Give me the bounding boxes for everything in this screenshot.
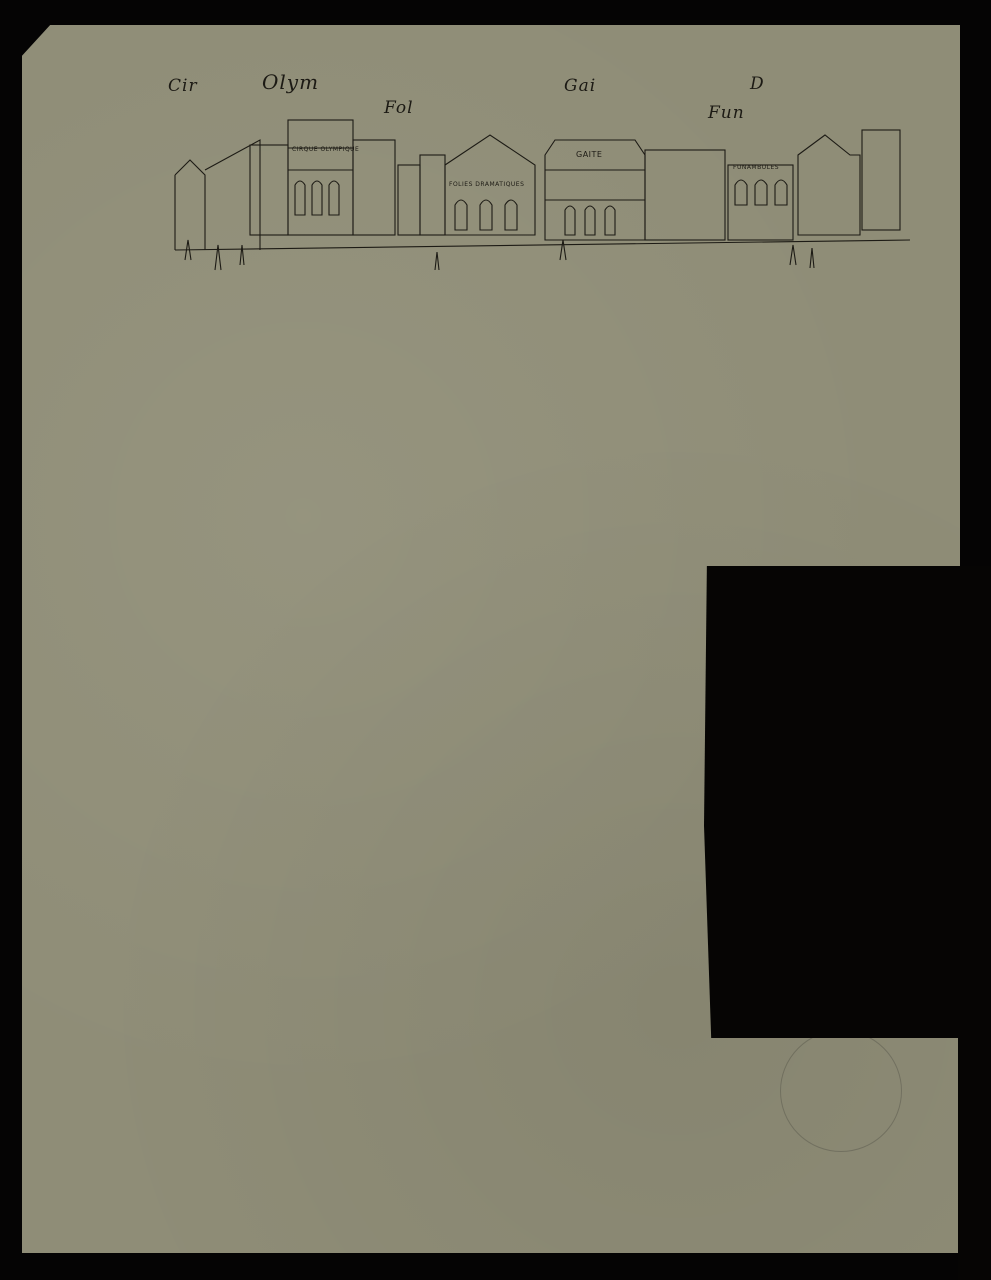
theatre-row-sketch xyxy=(170,110,910,290)
annotation-fun: Fun xyxy=(708,103,745,123)
sign-gaite: GAITE xyxy=(576,150,602,159)
black-edge-strip xyxy=(958,1038,991,1280)
annotation-fol: Fol xyxy=(384,98,414,118)
black-redaction-patch xyxy=(704,566,991,1038)
faint-pencil-sketch xyxy=(780,1030,902,1152)
annotation-olym: Olym xyxy=(262,70,319,94)
annotation-d: D xyxy=(750,74,765,94)
sign-folies-dramatiques: FOLIES DRAMATIQUES xyxy=(449,181,524,188)
sign-funambules: FUNAMBULES xyxy=(733,164,779,171)
annotation-gai: Gai xyxy=(564,76,596,96)
sign-cirque-olympique: CIRQUE OLYMPIQUE xyxy=(292,146,359,153)
annotation-cir: Cir xyxy=(168,76,198,96)
